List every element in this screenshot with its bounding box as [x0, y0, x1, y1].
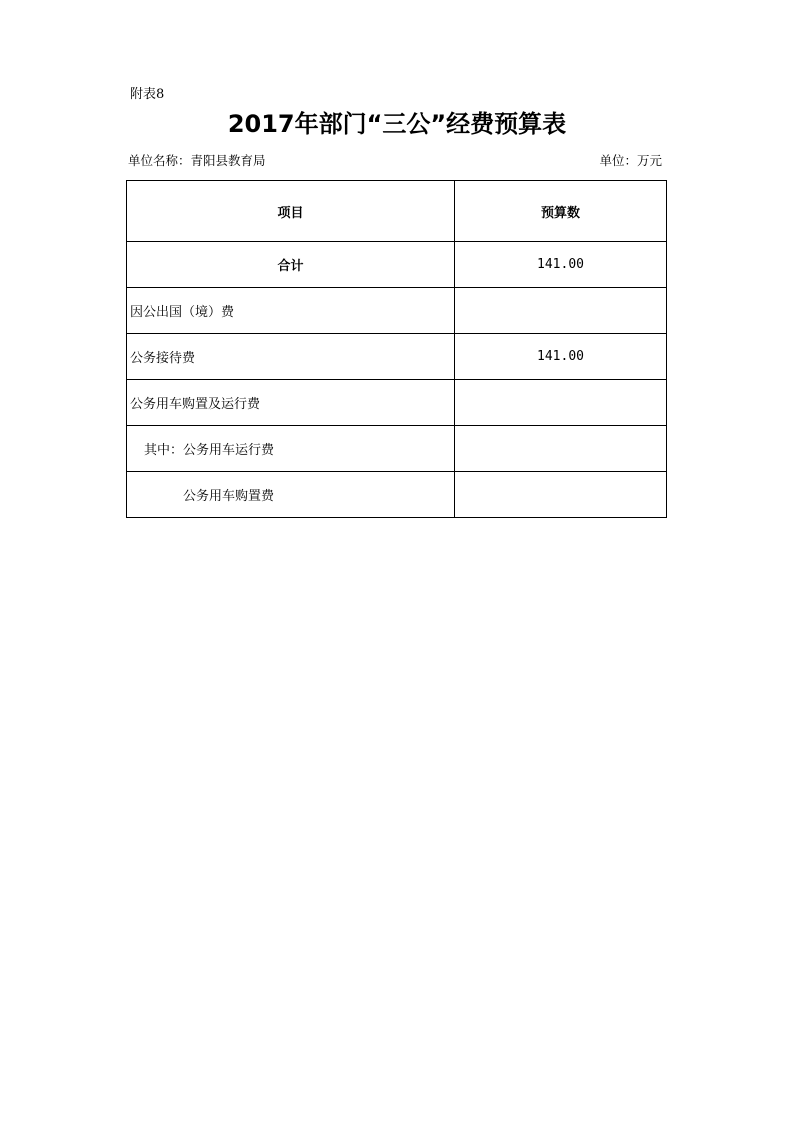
- table-row: 因公出国（境）费: [127, 288, 667, 334]
- table-row: 其中：公务用车运行费: [127, 426, 667, 472]
- row-value: [455, 288, 667, 334]
- row-value: [455, 472, 667, 518]
- row-value: [455, 426, 667, 472]
- row-value: 141.00: [455, 242, 667, 288]
- table-row: 公务接待费 141.00: [127, 334, 667, 380]
- row-label: 合计: [127, 242, 455, 288]
- row-label: 因公出国（境）费: [127, 288, 455, 334]
- table-row: 公务用车购置费: [127, 472, 667, 518]
- table-row: 公务用车购置及运行费: [127, 380, 667, 426]
- currency-unit: 单位：万元: [599, 151, 662, 169]
- row-value: 141.00: [455, 334, 667, 380]
- header-budget: 预算数: [455, 181, 667, 242]
- table-row-total: 合计 141.00: [127, 242, 667, 288]
- unit-name: 单位名称：青阳县教育局: [128, 151, 266, 169]
- row-label: 公务接待费: [127, 334, 455, 380]
- annex-label: 附表8: [130, 83, 164, 102]
- budget-table: 项目 预算数 合计 141.00 因公出国（境）费 公务接待费 141.00 公…: [126, 180, 667, 518]
- table-header: 项目 预算数: [127, 181, 667, 242]
- page-title: 2017年部门“三公”经费预算表: [0, 104, 794, 139]
- row-value: [455, 380, 667, 426]
- row-label: 公务用车购置及运行费: [127, 380, 455, 426]
- header-item: 项目: [127, 181, 455, 242]
- row-label: 公务用车购置费: [127, 472, 455, 518]
- row-label: 其中：公务用车运行费: [127, 426, 455, 472]
